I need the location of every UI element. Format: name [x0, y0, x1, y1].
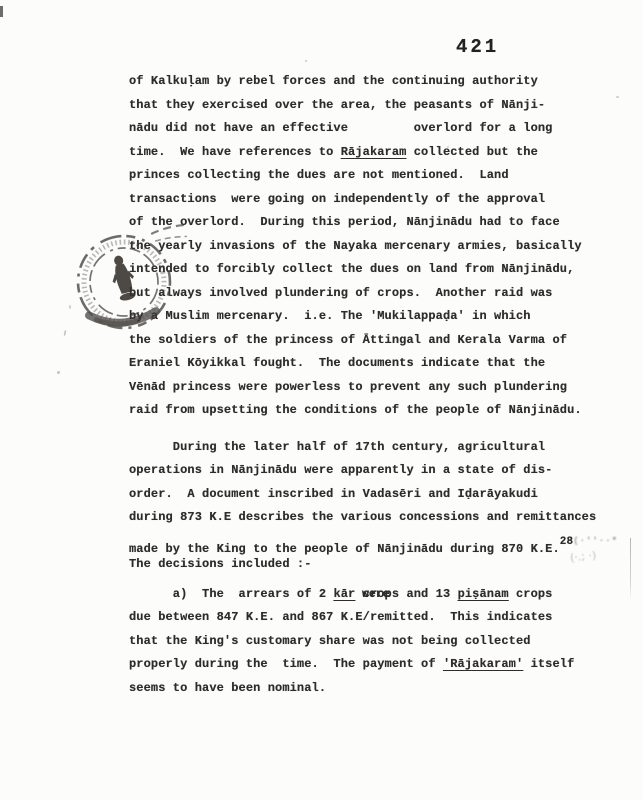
paragraph: During the later half of 17th century, a…: [129, 436, 634, 577]
scan-edge-artifact: [0, 6, 3, 17]
text-segment: order. A document inscribed in Vadasēri …: [129, 487, 538, 501]
text-segment: a) The arrears of 2: [129, 587, 333, 601]
text-line: of Kalkuḷam by rebel forces and the cont…: [129, 70, 634, 94]
text-line: that the King's customary share was not …: [129, 630, 634, 654]
scan-speck: [447, 146, 449, 148]
scan-speck: [305, 60, 307, 62]
text-line: transactions were going on independently…: [129, 188, 634, 212]
underlined-term: piṣānam: [458, 587, 509, 601]
text-line: Vēnād princess were powerless to prevent…: [129, 376, 634, 400]
text-line: made by the King to the people of Nānjin…: [129, 530, 634, 554]
text-segment: operations in Nānjinādu were apparently …: [129, 463, 552, 477]
text-segment: properly during the time. The payment of: [129, 657, 443, 671]
scan-speck: [69, 305, 71, 309]
circular-ink-stamp: [64, 222, 224, 348]
text-line: due between 847 K.E. and 867 K.E/remitte…: [129, 606, 634, 630]
text-segment: of Kalkuḷam by rebel forces and the cont…: [129, 74, 538, 88]
text-segment: Eraniel Kōyikkal fought. The documents i…: [129, 356, 545, 370]
text-segment: due between 847 K.E. and 867 K.E/remitte…: [129, 610, 552, 624]
text-line: The decisions included :-: [129, 553, 634, 577]
text-segment: transactions were going on independently…: [129, 192, 545, 206]
pencil-annotation: (·.; ·): [569, 550, 596, 564]
scan-speck: [616, 96, 619, 98]
text-segment: seems to have been nominal.: [129, 681, 326, 695]
text-line: Eraniel Kōyikkal fought. The documents i…: [129, 352, 634, 376]
text-segment: Vēnād princess were powerless to prevent…: [129, 380, 567, 394]
text-segment: that the King's customary share was not …: [129, 634, 531, 648]
document-text: of Kalkuḷam by rebel forces and the cont…: [129, 70, 634, 700]
ink-smudge: (·''··*: [573, 536, 618, 546]
text-line: operations in Nānjinādu were apparently …: [129, 459, 634, 483]
text-line: order. A document inscribed in Vadasēri …: [129, 483, 634, 507]
text-line: that they exercised over the area, the p…: [129, 94, 634, 118]
text-segment: princes collecting the dues are not ment…: [129, 168, 509, 182]
text-line: During the later half of 17th century, a…: [129, 436, 634, 460]
underlined-term: kār: [333, 587, 355, 601]
text-segment: raid from upsetting the conditions of th…: [129, 403, 582, 417]
footnote-reference: 28: [560, 536, 573, 548]
text-line: properly during the time. The payment of…: [129, 653, 634, 677]
scanned-document-page: 421 of Kalkuḷam by rebel forces and the …: [0, 0, 643, 800]
text-segment: time. We have references to: [129, 145, 341, 159]
text-line: during 873 K.E describes the various con…: [129, 506, 634, 530]
text-segment: nādu did not have an effective overlord …: [129, 121, 552, 135]
page-number: 421: [456, 36, 499, 58]
text-segment: The decisions included :-: [129, 557, 312, 571]
text-segment: that they exercised over the area, the p…: [129, 98, 545, 112]
text-segment: crops: [509, 587, 553, 601]
text-segment: During the later half of 17th century, a…: [129, 440, 545, 454]
text-segment: during 873 K.E describes the various con…: [129, 510, 596, 524]
underlined-term: Rājakaram: [341, 145, 407, 159]
text-line: time. We have references to Rājakaram co…: [129, 141, 634, 165]
scan-speck: [57, 371, 60, 374]
text-line: raid from upsetting the conditions of th…: [129, 399, 634, 423]
stamp-figure: [107, 253, 139, 302]
text-line: princes collecting the dues are not ment…: [129, 164, 634, 188]
underlined-term: 'Rājakaram': [443, 657, 523, 671]
text-line: nādu did not have an effective overlord …: [129, 117, 634, 141]
text-segment: collected but the: [406, 145, 537, 159]
text-line: seems to have been nominal.: [129, 677, 634, 701]
inserted-word: were: [362, 589, 390, 601]
text-segment: itself: [523, 657, 574, 671]
page-crease-line: [630, 538, 631, 600]
